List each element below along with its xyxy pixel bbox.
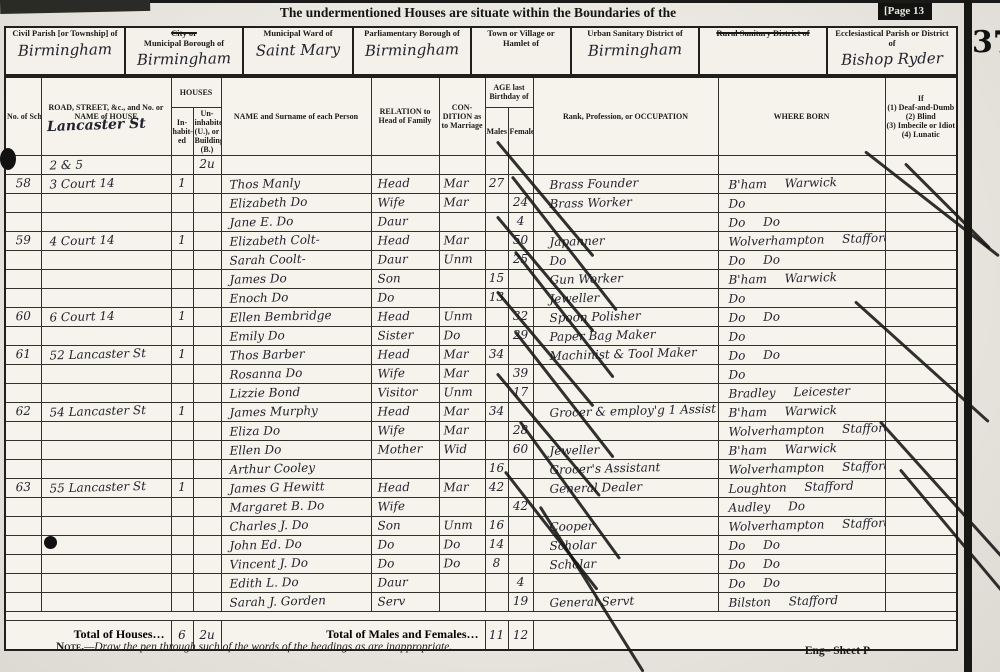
cell-schedule <box>5 421 41 441</box>
cell-condition: Mar <box>439 420 485 440</box>
cell-infirmity <box>885 231 957 250</box>
cell-schedule <box>5 516 41 536</box>
census-row: Arthur Cooley 16 Grocer's Assistant Wolv… <box>5 459 957 478</box>
column-header-condition: CON- DITION as to Marriage <box>439 77 485 155</box>
boundary-town-village: Town or Village or Hamlet of <box>471 27 571 75</box>
cell-relation: Do <box>371 553 439 574</box>
cell-age-male <box>485 250 508 269</box>
column-header-occupation: Rank, Profession, or OCCUPATION <box>533 77 718 155</box>
census-row: Rosanna Do Wife Mar 39 Do <box>5 364 957 383</box>
cell-condition <box>439 458 485 478</box>
cell-inhabited <box>171 364 193 383</box>
cell-age-female: 39 <box>508 364 533 383</box>
cell-inhabited <box>171 250 193 269</box>
cell-age-male: 34 <box>485 345 508 364</box>
cell-inhabited <box>171 212 193 231</box>
boundary-municipal-ward: Municipal Ward of Saint Mary <box>243 27 353 75</box>
boundary-municipal-borough: City or Municipal Borough of Birmingham <box>125 27 243 75</box>
cell-condition <box>439 268 485 288</box>
cell-condition: Do <box>439 325 485 345</box>
cell-schedule <box>5 193 41 213</box>
cell-uninhabited <box>193 174 221 193</box>
cell-relation: Son <box>371 268 439 289</box>
cell-infirmity <box>885 440 957 459</box>
cell-inhabited <box>171 554 193 573</box>
cell-condition: Mar <box>439 477 485 497</box>
cell-inhabited: 1 <box>171 231 193 250</box>
cell-schedule: 61 <box>5 345 41 365</box>
cell-relation: Sister <box>371 325 439 346</box>
cell-schedule <box>5 383 41 403</box>
census-row: 58 3 Court 14 1 Thos Manly Head Mar 27 B… <box>5 174 957 193</box>
census-row: 59 4 Court 14 1 Elizabeth Colt- Head Mar… <box>5 231 957 250</box>
cell-infirmity <box>885 288 957 307</box>
cell-age-male: 42 <box>485 478 508 497</box>
cell-relation: Head <box>371 477 439 498</box>
cell-inhabited: 1 <box>171 402 193 421</box>
cell-inhabited <box>171 592 193 611</box>
census-row: Ellen Do Mother Wid 60 Jeweller B'ham Wa… <box>5 440 957 459</box>
cell-schedule: 59 <box>5 231 41 251</box>
header-row: The undermentioned Houses are situate wi… <box>4 5 952 25</box>
census-row: Sarah Coolt- Daur Unm 25 Do Do Do <box>5 250 957 269</box>
cell-age-male: 16 <box>485 459 508 478</box>
cell-condition <box>439 154 485 174</box>
census-row: Emily Do Sister Do 29 Paper Bag Maker Do <box>5 326 957 345</box>
cell-age-male <box>485 307 508 326</box>
census-row: Sarah J. Gorden Serv 19 General Servt Bi… <box>5 592 957 611</box>
cell-inhabited <box>171 421 193 440</box>
cell-age-female <box>508 459 533 478</box>
cell-relation: Do <box>371 534 439 555</box>
boundary-urban-sanitary: Urban Sanitary District of Birmingham <box>571 27 699 75</box>
cell-age-male: 14 <box>485 535 508 554</box>
cell-relation: Wife <box>371 363 439 384</box>
column-header-uninhabited: Un-inhabited (U.), or Building (B.) <box>193 107 221 155</box>
cell-inhabited <box>171 326 193 345</box>
cell-schedule <box>5 364 41 384</box>
cell-schedule <box>5 592 41 612</box>
cell-age-male <box>485 193 508 212</box>
census-row: 62 54 Lancaster St 1 James Murphy Head M… <box>5 402 957 421</box>
cell-condition: Mar <box>439 173 485 193</box>
cell-age-female <box>508 535 533 554</box>
column-header-inhabited: In-habit-ed <box>171 107 193 155</box>
cell-infirmity <box>885 554 957 573</box>
civil-parish-value: Birmingham <box>9 40 121 60</box>
scan-blemish <box>44 536 57 549</box>
street-heading: Lancaster St <box>42 119 169 132</box>
column-header-age-group: AGE last Birthday of <box>485 77 533 107</box>
cell-age-male <box>485 497 508 516</box>
cell-uninhabited <box>193 212 221 231</box>
column-header-females: Females <box>508 107 533 155</box>
cell-schedule <box>5 573 41 593</box>
cell-infirmity <box>885 573 957 592</box>
cell-condition <box>439 211 485 231</box>
cell-age-male: 16 <box>485 516 508 535</box>
cell-relation: Head <box>371 306 439 327</box>
municipal-ward-value: Saint Mary <box>247 40 349 60</box>
cell-uninhabited <box>193 345 221 364</box>
footer-note: Note.—Draw the pen through such of the w… <box>56 641 452 653</box>
cell-relation: Head <box>371 173 439 194</box>
cell-schedule <box>5 554 41 574</box>
cell-age-female <box>508 288 533 307</box>
cell-uninhabited <box>193 440 221 459</box>
cell-uninhabited: 2u <box>193 155 221 174</box>
census-row: Enoch Do Do 13 Jeweller Do <box>5 288 957 307</box>
cell-inhabited: 1 <box>171 307 193 326</box>
cell-condition <box>439 572 485 592</box>
cell-age-male <box>485 421 508 440</box>
cell-condition <box>439 591 485 611</box>
cell-relation: Visitor <box>371 382 439 403</box>
column-header-houses-group: HOUSES <box>171 77 221 107</box>
cell-uninhabited <box>193 516 221 535</box>
census-row: 2 & 5 2u <box>5 155 957 174</box>
cell-uninhabited <box>193 497 221 516</box>
cell-condition <box>439 496 485 516</box>
cell-inhabited <box>171 535 193 554</box>
cell-uninhabited <box>193 402 221 421</box>
cell-infirmity <box>885 497 957 516</box>
cell-condition: Unm <box>439 249 485 269</box>
cell-schedule <box>5 535 41 555</box>
cell-relation: Head <box>371 230 439 251</box>
column-header-where-born: WHERE BORN <box>718 77 885 155</box>
census-row: Charles J. Do Son Unm 16 Cooper Wolverha… <box>5 516 957 535</box>
census-row: James Do Son 15 Gun Worker B'ham Warwick <box>5 269 957 288</box>
cell-condition: Unm <box>439 382 485 402</box>
cell-inhabited <box>171 155 193 174</box>
cell-relation: Do <box>371 287 439 308</box>
census-row: 60 6 Court 14 1 Ellen Bembridge Head Unm… <box>5 307 957 326</box>
cell-infirmity <box>885 535 957 554</box>
sheet-reference: Eng– Sheet P <box>805 645 870 657</box>
cell-schedule: 62 <box>5 402 41 422</box>
cell-relation: Son <box>371 515 439 536</box>
cell-condition: Do <box>439 553 485 573</box>
scan-blemish <box>0 148 16 170</box>
census-row: Elizabeth Do Wife Mar 24 Brass Worker Do <box>5 193 957 212</box>
cell-infirmity <box>885 402 957 421</box>
cell-relation <box>371 458 439 479</box>
cell-age-male <box>485 155 508 174</box>
cell-condition: Mar <box>439 344 485 364</box>
cell-age-male: 8 <box>485 554 508 573</box>
parliamentary-borough-value: Birmingham <box>357 40 467 60</box>
cell-condition: Mar <box>439 230 485 250</box>
paper-sheet: The undermentioned Houses are situate wi… <box>0 0 1000 672</box>
cell-relation: Head <box>371 401 439 422</box>
cell-schedule <box>5 269 41 289</box>
cell-condition: Wid <box>439 439 485 459</box>
municipal-borough-value: Birmingham <box>129 49 239 69</box>
census-row: Jane E. Do Daur 4 Do Do <box>5 212 957 231</box>
cell-infirmity <box>885 364 957 383</box>
column-header-infirmity: If (1) Deaf-and-Dumb (2) Blind (3) Imbec… <box>885 77 957 155</box>
cell-where-born: Bilston Stafford <box>718 590 885 613</box>
cell-infirmity <box>885 307 957 326</box>
cell-condition: Unm <box>439 515 485 535</box>
totals-empty-cell <box>533 620 957 650</box>
census-row: Lizzie Bond Visitor Unm 17 Bradley Leice… <box>5 383 957 402</box>
cell-schedule: 60 <box>5 307 41 327</box>
cell-age-male <box>485 573 508 592</box>
cell-relation: Daur <box>371 211 439 232</box>
cell-condition: Mar <box>439 363 485 383</box>
column-header-relation: RELATION to Head of Family <box>371 77 439 155</box>
cell-uninhabited <box>193 326 221 345</box>
page-title: The undermentioned Houses are situate wi… <box>4 5 952 21</box>
cell-uninhabited <box>193 193 221 212</box>
cell-relation: Mother <box>371 439 439 460</box>
folio-number: 37 <box>972 28 1000 58</box>
cell-condition: Mar <box>439 192 485 212</box>
cell-age-male <box>485 326 508 345</box>
cell-schedule <box>5 440 41 460</box>
spacer-row <box>5 611 957 620</box>
cell-relation: Daur <box>371 572 439 593</box>
cell-age-female: 4 <box>508 573 533 592</box>
boundary-civil-parish: Civil Parish [or Township] of Birmingham <box>5 27 125 75</box>
cell-age-male: 27 <box>485 174 508 193</box>
cell-schedule <box>5 459 41 479</box>
urban-sanitary-value: Birmingham <box>575 39 695 59</box>
cell-age-male <box>485 231 508 250</box>
cell-uninhabited <box>193 269 221 288</box>
census-row: 63 55 Lancaster St 1 James G Hewitt Head… <box>5 478 957 497</box>
ecclesiastical-parish-value: Bishop Ryder <box>831 49 953 69</box>
cell-uninhabited <box>193 573 221 592</box>
cell-uninhabited <box>193 364 221 383</box>
cell-age-male <box>485 592 508 611</box>
cell-schedule <box>5 326 41 346</box>
cell-uninhabited <box>193 421 221 440</box>
cell-relation: Serv <box>371 591 439 612</box>
cell-occupation: General Servt <box>533 590 718 614</box>
cell-relation: Wife <box>371 496 439 517</box>
boundary-ecclesiastical-parish: Ecclesiastical Parish or District of Bis… <box>827 27 957 75</box>
total-males: 11 <box>485 620 508 650</box>
cell-uninhabited <box>193 250 221 269</box>
cell-age-female: 19 <box>508 592 533 611</box>
cell-schedule <box>5 212 41 232</box>
page-number-badge: [Page 13 <box>878 3 932 20</box>
cell-relation: Daur <box>371 249 439 270</box>
cell-uninhabited <box>193 478 221 497</box>
cell-condition: Mar <box>439 401 485 421</box>
census-scan-page: The undermentioned Houses are situate wi… <box>0 0 1000 672</box>
cell-uninhabited <box>193 288 221 307</box>
cell-infirmity <box>885 592 957 611</box>
cell-age-female <box>508 554 533 573</box>
cell-uninhabited <box>193 307 221 326</box>
cell-uninhabited <box>193 231 221 250</box>
cell-name: Sarah J. Gorden <box>221 590 371 613</box>
cell-inhabited <box>171 383 193 402</box>
cell-uninhabited <box>193 459 221 478</box>
cell-inhabited: 1 <box>171 174 193 193</box>
cell-age-male: 34 <box>485 402 508 421</box>
cell-infirmity <box>885 269 957 288</box>
cell-schedule <box>5 288 41 308</box>
cell-infirmity <box>885 250 957 269</box>
boundary-header-table: Civil Parish [or Township] of Birmingham… <box>4 26 958 76</box>
cell-inhabited: 1 <box>171 345 193 364</box>
cell-schedule <box>5 250 41 270</box>
boundary-rural-sanitary: Rural Sanitary District of <box>699 27 827 75</box>
census-row: Edith L. Do Daur 4 Do Do <box>5 573 957 592</box>
cell-uninhabited <box>193 535 221 554</box>
census-row: Eliza Do Wife Mar 28 Wolverhampton Staff… <box>5 421 957 440</box>
cell-inhabited <box>171 193 193 212</box>
census-row: 61 52 Lancaster St 1 Thos Barber Head Ma… <box>5 345 957 364</box>
scan-right-edge <box>964 0 972 672</box>
cell-condition: Unm <box>439 306 485 326</box>
cell-relation <box>371 154 439 175</box>
cell-inhabited: 1 <box>171 478 193 497</box>
cell-age-female: 60 <box>508 440 533 459</box>
census-row: Vincent J. Do Do Do 8 Scholar Do Do <box>5 554 957 573</box>
cell-inhabited <box>171 497 193 516</box>
cell-inhabited <box>171 516 193 535</box>
cell-condition: Do <box>439 534 485 554</box>
cell-uninhabited <box>193 554 221 573</box>
cell-relation: Head <box>371 344 439 365</box>
cell-age-male: 15 <box>485 269 508 288</box>
census-table: No. of Schedule ROAD, STREET, &c., and N… <box>4 76 958 651</box>
cell-inhabited <box>171 459 193 478</box>
cell-inhabited <box>171 573 193 592</box>
cell-age-male <box>485 440 508 459</box>
cell-condition <box>439 287 485 307</box>
column-header-road: ROAD, STREET, &c., and No. or NAME of HO… <box>41 77 171 155</box>
cell-uninhabited <box>193 592 221 611</box>
census-row: Margaret B. Do Wife 42 Audley Do <box>5 497 957 516</box>
cell-relation: Wife <box>371 420 439 441</box>
total-females: 12 <box>508 620 533 650</box>
cell-schedule: 63 <box>5 478 41 498</box>
column-header-schedule: No. of Schedule <box>5 77 41 155</box>
cell-road <box>41 590 171 612</box>
cell-uninhabited <box>193 383 221 402</box>
census-row: John Ed. Do Do Do 14 Scholar Do Do <box>5 535 957 554</box>
cell-infirmity <box>885 155 957 174</box>
cell-age-female <box>508 516 533 535</box>
column-header-name: NAME and Surname of each Person <box>221 77 371 155</box>
boundary-parliamentary-borough: Parliamentary Borough of Birmingham <box>353 27 471 75</box>
cell-relation: Wife <box>371 192 439 213</box>
cell-age-female: 4 <box>508 212 533 231</box>
cell-inhabited <box>171 288 193 307</box>
cell-schedule: 58 <box>5 174 41 194</box>
cell-schedule <box>5 497 41 517</box>
cell-inhabited <box>171 269 193 288</box>
cell-inhabited <box>171 440 193 459</box>
